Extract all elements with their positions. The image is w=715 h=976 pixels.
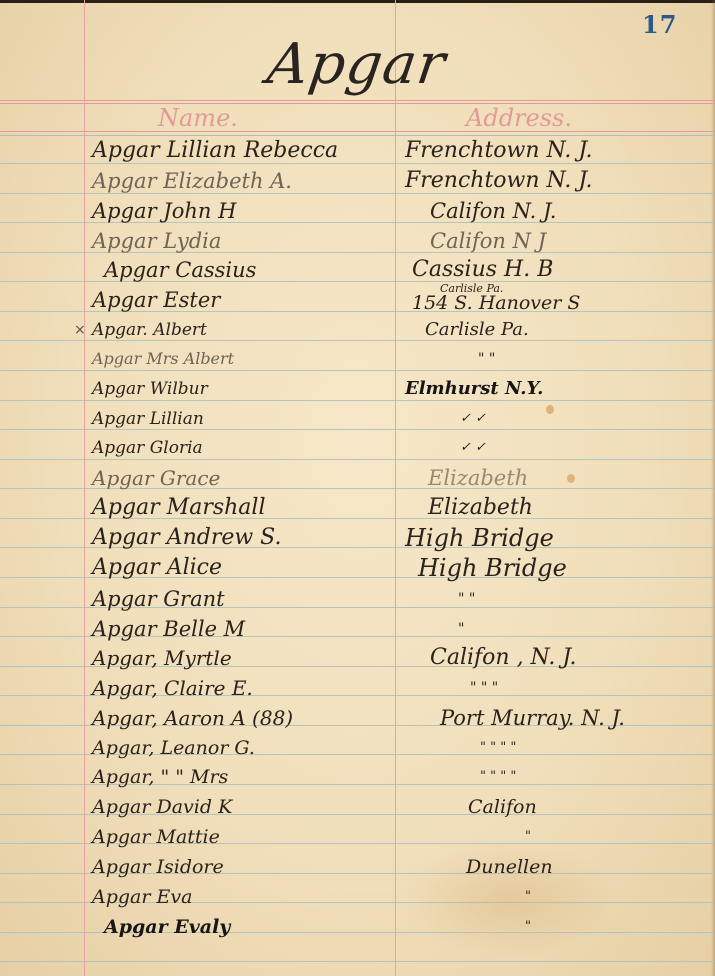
list-item: Apgar Alice High Bridge bbox=[0, 553, 715, 583]
entry-address: " bbox=[525, 912, 531, 942]
entry-address: High Bridge bbox=[405, 523, 554, 553]
entry-name: Apgar, Claire E. bbox=[92, 673, 253, 703]
entry-name: Apgar Grant bbox=[92, 584, 225, 614]
page-number: 17 bbox=[642, 10, 677, 39]
entry-name: Apgar Evaly bbox=[104, 912, 230, 942]
list-item: Apgar Grant " " bbox=[0, 584, 715, 614]
entry-address: " " bbox=[478, 344, 495, 374]
entry-address: " bbox=[458, 614, 464, 644]
list-item: Apgar Elizabeth A. Frenchtown N. J. bbox=[0, 166, 715, 196]
list-item: Apgar, Myrtle Califon , N. J. bbox=[0, 643, 715, 673]
list-item: Apgar Mrs Albert " " bbox=[0, 344, 715, 374]
entry-address: " bbox=[525, 822, 531, 852]
list-item: Apgar Grace Elizabeth bbox=[0, 463, 715, 493]
entry-name: Apgar Grace bbox=[92, 463, 220, 493]
entry-address: Elmhurst N.Y. bbox=[405, 374, 543, 404]
name-column-header: Name. bbox=[158, 104, 238, 132]
entry-address: Carlisle Pa. bbox=[425, 315, 529, 345]
entry-name: Apgar Mrs Albert bbox=[92, 344, 234, 374]
entry-address: High Bridge bbox=[418, 553, 567, 583]
list-item: Apgar John H Califon N. J. bbox=[0, 196, 715, 226]
entry-name: Apgar Wilbur bbox=[92, 374, 208, 404]
header-rule-top-1 bbox=[0, 100, 715, 101]
list-item: Apgar Isidore Dunellen bbox=[0, 852, 715, 882]
page-top-edge bbox=[0, 0, 715, 3]
list-item: Apgar, Leanor G. " " " " bbox=[0, 733, 715, 763]
list-item: Apgar Evaly " bbox=[0, 912, 715, 942]
header-rule-top-2 bbox=[0, 103, 715, 104]
entry-name: Apgar Andrew S. bbox=[92, 523, 281, 553]
entry-address: Dunellen bbox=[466, 852, 553, 882]
list-item: Apgar Wilbur Elmhurst N.Y. bbox=[0, 374, 715, 404]
list-item: Apgar, " " Mrs " " " " bbox=[0, 762, 715, 792]
entry-address: Califon , N. J. bbox=[430, 643, 577, 673]
entry-name: Apgar. Albert bbox=[92, 315, 207, 345]
entry-address: Califon N. J. bbox=[430, 196, 556, 226]
entry-address: Cassius H. B bbox=[412, 255, 553, 285]
entry-address: " " " " bbox=[480, 733, 516, 763]
entry-name: Apgar Lillian Rebecca bbox=[92, 136, 338, 166]
list-item: Apgar Belle M " bbox=[0, 614, 715, 644]
entry-name: Apgar Belle M bbox=[92, 614, 245, 644]
entry-name: Apgar Mattie bbox=[92, 822, 220, 852]
header-rule-bottom-1 bbox=[0, 131, 715, 132]
entry-address: Califon N J bbox=[430, 226, 546, 256]
entry-address: Frenchtown N. J. bbox=[405, 166, 592, 196]
entry-name: Apgar Elizabeth A. bbox=[92, 166, 292, 196]
entry-address: Frenchtown N. J. bbox=[405, 136, 592, 166]
list-item: Apgar, Aaron A (88) Port Murray. N. J. bbox=[0, 703, 715, 733]
entry-name: Apgar David K bbox=[92, 792, 232, 822]
address-column-header: Address. bbox=[466, 104, 572, 132]
entry-address: Elizabeth bbox=[428, 463, 528, 493]
entry-address: " bbox=[525, 882, 531, 912]
entry-name: Apgar Eva bbox=[92, 882, 192, 912]
list-item: Apgar Cassius Cassius H. B bbox=[0, 255, 715, 285]
list-item: Apgar Lillian ✓ ✓ bbox=[0, 404, 715, 434]
entry-name: Apgar Lydia bbox=[92, 226, 221, 256]
list-item: Apgar. Albert Carlisle Pa. bbox=[0, 315, 715, 345]
entry-name: Apgar, Leanor G. bbox=[92, 733, 255, 763]
entry-name: Apgar Marshall bbox=[92, 493, 266, 523]
entry-address: Elizabeth bbox=[428, 493, 533, 523]
entry-name: Apgar, " " Mrs bbox=[92, 762, 228, 792]
list-item: Apgar Ester Carlisle Pa. 154 S. Hanover … bbox=[0, 285, 715, 315]
list-item: Apgar Gloria ✓ ✓ bbox=[0, 433, 715, 463]
list-item: Apgar Andrew S. High Bridge bbox=[0, 523, 715, 553]
page-title: Apgar bbox=[263, 32, 449, 97]
list-item: Apgar David K Califon bbox=[0, 792, 715, 822]
entry-name: Apgar, Myrtle bbox=[92, 643, 232, 673]
entry-name: Apgar Gloria bbox=[92, 433, 203, 463]
ledger-page: 17 Apgar Name. Address. × Apgar Lillian … bbox=[0, 0, 715, 976]
list-item: Apgar Eva " bbox=[0, 882, 715, 912]
entry-name: Apgar John H bbox=[92, 196, 236, 226]
entry-address: ✓ ✓ bbox=[460, 433, 486, 463]
entry-name: Apgar Cassius bbox=[104, 255, 256, 285]
list-item: Apgar Lillian Rebecca Frenchtown N. J. bbox=[0, 136, 715, 166]
entry-name: Apgar Alice bbox=[92, 553, 222, 583]
entry-name: Apgar Isidore bbox=[92, 852, 224, 882]
list-item: Apgar, Claire E. " " " bbox=[0, 673, 715, 703]
entry-name: Apgar Lillian bbox=[92, 404, 204, 434]
entry-address: " " " bbox=[470, 673, 498, 703]
entry-address: Califon bbox=[468, 792, 537, 822]
entry-address: ✓ ✓ bbox=[460, 404, 486, 434]
list-item: Apgar Marshall Elizabeth bbox=[0, 493, 715, 523]
entry-address: 154 S. Hanover S bbox=[412, 288, 580, 318]
entry-name: Apgar, Aaron A (88) bbox=[92, 703, 293, 733]
entry-address: Port Murray. N. J. bbox=[440, 703, 625, 733]
list-item: Apgar Mattie " bbox=[0, 822, 715, 852]
entry-address: " " bbox=[458, 584, 475, 614]
entry-name: Apgar Ester bbox=[92, 285, 220, 315]
entry-address: " " " " bbox=[480, 762, 516, 792]
list-item: Apgar Lydia Califon N J bbox=[0, 226, 715, 256]
